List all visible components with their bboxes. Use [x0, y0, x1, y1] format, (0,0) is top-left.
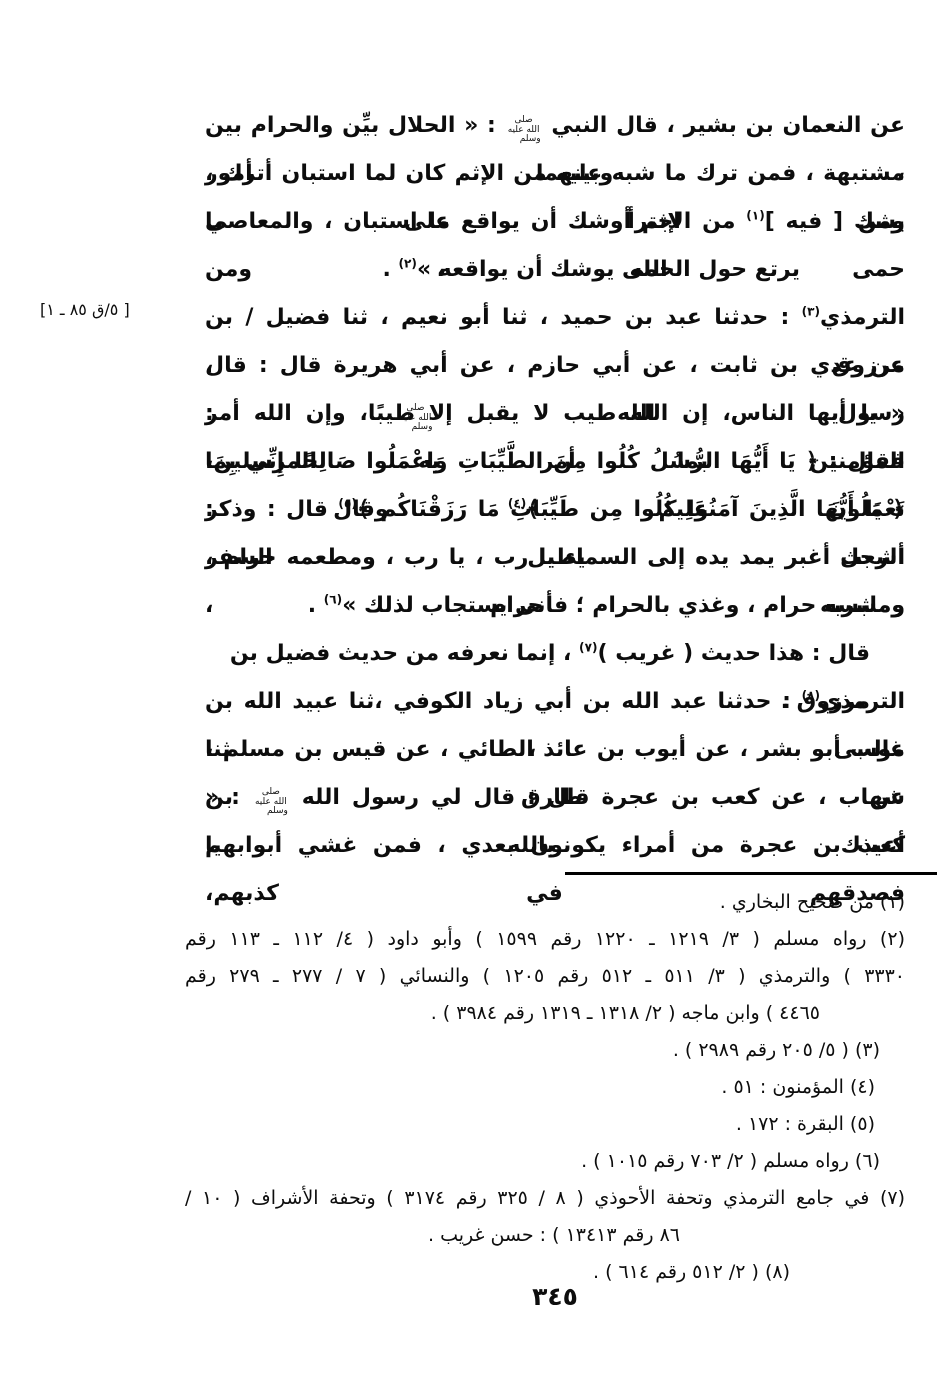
text-run: الترمذي [820, 305, 905, 330]
text-run: ٨٦ رقم ١٣٤١٣ ) : حسن غريب . [428, 1224, 680, 1246]
body-line-16: كعب بن عجرة من أمراء يكونون بعدي ، فمن غ… [205, 822, 905, 870]
body-line-10: أشعث أغبر يمد يده إلى السماء يا رب ، يا … [205, 534, 905, 582]
footnotes: (١) من صحيح البخاري .(٢) رواه مسلم ( ٣/ … [185, 884, 905, 1291]
text-run: قال : هذا حديث ( غريب ) [598, 641, 871, 666]
body-line-6: عن عدي بن ثابت ، عن أبي حازم ، عن أبي هر… [205, 342, 905, 390]
fn-line-7: (٥) البقرة : ١٧٢ . [185, 1106, 905, 1143]
body-line-8: فقال : ﴿ يَا أَيُّهَا الرُّسُلُ كُلُوا م… [205, 438, 905, 486]
footnote-separator [565, 872, 937, 875]
text-run: (٤) المؤمنون : ٥١ . [721, 1076, 875, 1098]
body-text: عن النعمان بن بشير ، قال النبي صلى الله … [205, 102, 905, 870]
text-run: . [382, 257, 398, 282]
text-run: (٦) رواه مسلم ( ٢/ ٧٠٣ رقم ١٠١٥ ) . [581, 1150, 880, 1172]
fn-line-6: (٤) المؤمنون : ٥١ . [185, 1069, 905, 1106]
text-run: (٣) ( ٥/ ٢٠٥ رقم ٢٩٨٩ ) . [673, 1039, 880, 1061]
text-run: ﴿ يَا أَيُّهَا الَّذِينَ آمَنُوا كُلُوا … [357, 497, 905, 522]
text-run: يشك [ فيه ] [765, 209, 905, 234]
fn-line-4: ٤٤٦٥ ) وابن ماجه ( ٢/ ١٣١٨ ـ ١٣١٩ رقم ٣٩… [185, 995, 905, 1032]
fn-line-3: ٣٣٣٠ ) والترمذي ( ٣/ ٥١١ ـ ٥١٢ رقم ١٢٠٥ … [185, 958, 905, 995]
footnote-marker: (٦) [324, 593, 342, 607]
text-run: ٣٣٣٠ ) والترمذي ( ٣/ ٥١١ ـ ٥١٢ رقم ١٢٠٥ … [185, 965, 905, 987]
text-run: (٧) في جامع الترمذي وتحفة الأحوذي ( ٨ / … [185, 1187, 905, 1209]
body-line-15: شهاب ، عن كعب بن عجرة قال : قال لي رسول … [205, 774, 905, 822]
body-line-5: الترمذي(٣) : حدثنا عبد بن حميد ، ثنا أبو… [205, 294, 905, 342]
text-run: . [308, 593, 324, 618]
body-line-12: قال : هذا حديث ( غريب )(٧) ، إنما نعرفه … [205, 630, 905, 678]
body-line-2: مشتبهة ، فمن ترك ما شبه عليه من الإثم كا… [205, 150, 905, 198]
fn-line-5: (٣) ( ٥/ ٢٠٥ رقم ٢٩٨٩ ) . [185, 1032, 905, 1069]
body-line-13: الترمذي(٨) : حدثنا عبد الله بن أبي زياد … [205, 678, 905, 726]
text-run: (٢) رواه مسلم ( ٣/ ١٢١٩ ـ ١٢٢٠ رقم ١٥٩٩ … [185, 928, 905, 950]
footnote-marker: (١) [746, 209, 764, 223]
text-run: الترمذي [820, 689, 905, 714]
body-line-9: ﴿ يَا أَيُّهَا الَّذِينَ آمَنُوا كُلُوا … [205, 486, 905, 534]
text-run: ٤٤٦٥ ) وابن ماجه ( ٢/ ١٣١٨ ـ ١٣١٩ رقم ٣٩… [431, 1002, 820, 1024]
fn-line-2: (٢) رواه مسلم ( ٣/ ١٢١٩ ـ ١٢٢٠ رقم ١٥٩٩ … [185, 921, 905, 958]
text-run: يرتع حول الحمى يوشك أن يواقعه » [417, 257, 800, 282]
text-run: عن النعمان بن بشير ، قال النبي [543, 113, 905, 138]
fn-line-10: ٨٦ رقم ١٣٤١٣ ) : حسن غريب . [185, 1217, 905, 1254]
text-run: شهاب ، عن كعب بن عجرة قال : قال لي رسول … [290, 785, 905, 810]
footnote-marker: (٣) [802, 305, 820, 319]
text-run: (٨) ( ٢/ ٥١٢ رقم ٦١٤ ) . [593, 1261, 790, 1283]
fn-line-8: (٦) رواه مسلم ( ٢/ ٧٠٣ رقم ١٠١٥ ) . [185, 1143, 905, 1180]
footnote-marker: (٥) [338, 497, 356, 511]
fn-line-1: (١) من صحيح البخاري . [185, 884, 905, 921]
fn-line-9: (٧) في جامع الترمذي وتحفة الأحوذي ( ٨ / … [185, 1180, 905, 1217]
footnote-marker: (٢) [398, 257, 416, 271]
salla-honorific-icon: صلى الله عليه وسلم [254, 788, 288, 816]
body-line-1: عن النعمان بن بشير ، قال النبي صلى الله … [205, 102, 905, 150]
footnote-marker: (٧) [579, 641, 597, 655]
body-line-14: غالب أبو بشر ، عن أيوب بن عائذ الطائي ، … [205, 726, 905, 774]
book-page: [ ٥/ق ٨٥ ـ ١] عن النعمان بن بشير ، قال ا… [0, 0, 941, 1373]
body-line-11: وملبسه حرام ، وغذي بالحرام ؛ فأنى يستجاب… [205, 582, 905, 630]
page-number: ٣٤٥ [205, 1282, 905, 1311]
text-run: (١) من صحيح البخاري . [720, 891, 905, 913]
text-run: (٥) البقرة : ١٧٢ . [736, 1113, 875, 1135]
body-line-7: « يا أيها الناس، إن الله طيب لا يقبل إلا… [205, 390, 905, 438]
salla-honorific-icon: صلى الله عليه وسلم [507, 116, 541, 144]
body-line-3: يشك [ فيه ](١) من الإثم أوشك أن يواقع ما… [205, 198, 905, 246]
margin-folio-note: [ ٥/ق ٨٥ ـ ١] [40, 300, 130, 319]
footnote-marker: (٨) [802, 689, 820, 703]
text-run: وملبسه حرام ، وغذي بالحرام ؛ فأنى يستجاب… [342, 593, 905, 618]
